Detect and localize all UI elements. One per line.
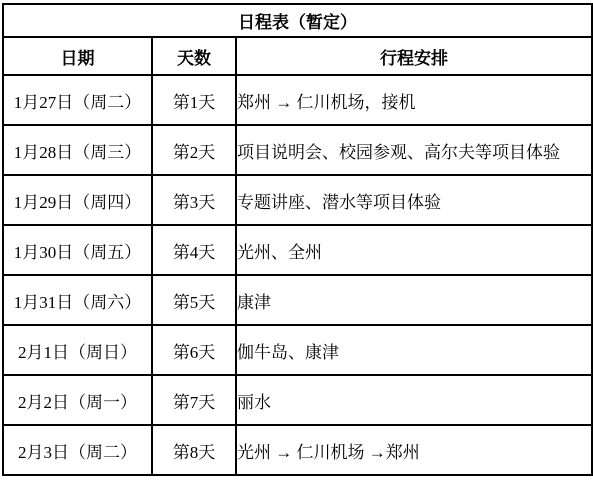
plan-cell: 光州 → 仁川机场 →郑州 xyxy=(236,425,592,475)
day-cell: 第5天 xyxy=(152,275,236,325)
date-cell: 2月1日（周日） xyxy=(3,325,152,375)
plan-cell: 伽牛岛、康津 xyxy=(236,325,592,375)
table-row: 2月2日（周一） 第7天 丽水 xyxy=(3,375,592,425)
date-cell: 2月3日（周二） xyxy=(3,425,152,475)
table-title: 日程表（暂定） xyxy=(3,4,592,37)
day-cell: 第3天 xyxy=(152,175,236,225)
day-cell: 第8天 xyxy=(152,425,236,475)
table-row: 2月1日（周日） 第6天 伽牛岛、康津 xyxy=(3,325,592,375)
column-header-date: 日期 xyxy=(3,37,152,75)
date-cell: 1月30日（周五） xyxy=(3,225,152,275)
table-row: 1月29日（周四） 第3天 专题讲座、潜水等项目体验 xyxy=(3,175,592,225)
date-cell: 1月28日（周三） xyxy=(3,125,152,175)
date-cell: 1月29日（周四） xyxy=(3,175,152,225)
schedule-table-body: 日程表（暂定） 日期 天数 行程安排 1月27日（周二） 第1天 郑州 → 仁川… xyxy=(3,4,592,475)
date-cell: 1月27日（周二） xyxy=(3,75,152,125)
day-cell: 第2天 xyxy=(152,125,236,175)
table-row: 2月3日（周二） 第8天 光州 → 仁川机场 →郑州 xyxy=(3,425,592,475)
table-title-row: 日程表（暂定） xyxy=(3,4,592,37)
schedule-table: 日程表（暂定） 日期 天数 行程安排 1月27日（周二） 第1天 郑州 → 仁川… xyxy=(2,3,593,476)
day-cell: 第4天 xyxy=(152,225,236,275)
table-row: 1月28日（周三） 第2天 项目说明会、校园参观、高尔夫等项目体验 xyxy=(3,125,592,175)
column-header-day: 天数 xyxy=(152,37,236,75)
table-row: 1月31日（周六） 第5天 康津 xyxy=(3,275,592,325)
table-row: 1月30日（周五） 第4天 光州、全州 xyxy=(3,225,592,275)
table-header-row: 日期 天数 行程安排 xyxy=(3,37,592,75)
table-row: 1月27日（周二） 第1天 郑州 → 仁川机场，接机 xyxy=(3,75,592,125)
column-header-plan: 行程安排 xyxy=(236,37,592,75)
day-cell: 第1天 xyxy=(152,75,236,125)
plan-cell: 康津 xyxy=(236,275,592,325)
plan-cell: 丽水 xyxy=(236,375,592,425)
plan-cell: 专题讲座、潜水等项目体验 xyxy=(236,175,592,225)
date-cell: 2月2日（周一） xyxy=(3,375,152,425)
day-cell: 第7天 xyxy=(152,375,236,425)
date-cell: 1月31日（周六） xyxy=(3,275,152,325)
plan-cell: 郑州 → 仁川机场，接机 xyxy=(236,75,592,125)
document-page: 日程表（暂定） 日期 天数 行程安排 1月27日（周二） 第1天 郑州 → 仁川… xyxy=(0,0,593,483)
plan-cell: 项目说明会、校园参观、高尔夫等项目体验 xyxy=(236,125,592,175)
day-cell: 第6天 xyxy=(152,325,236,375)
plan-cell: 光州、全州 xyxy=(236,225,592,275)
